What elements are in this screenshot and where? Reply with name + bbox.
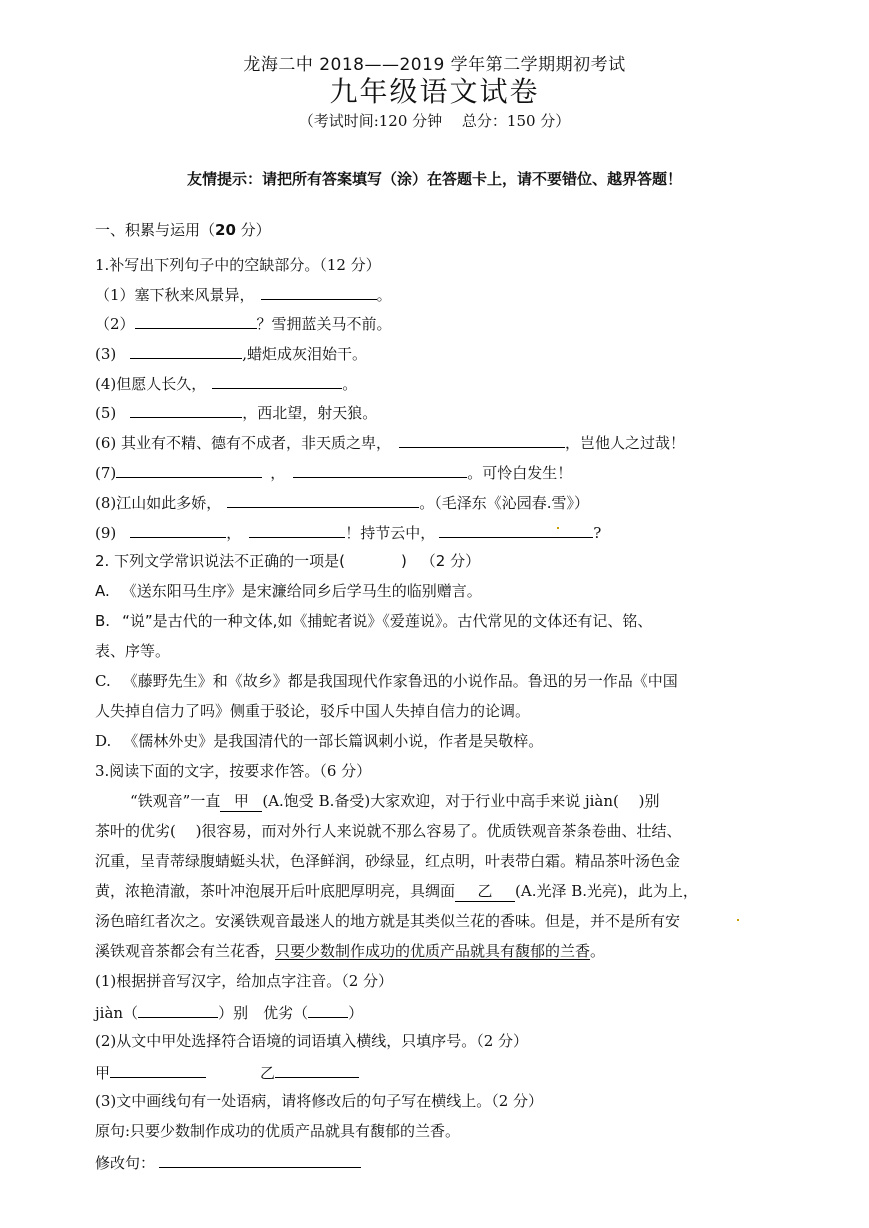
item-number: (7): [95, 464, 116, 482]
q3-sub2-answers: 甲乙: [95, 1061, 359, 1083]
item-number: （1）: [95, 286, 135, 304]
jia-label: 甲: [95, 1064, 110, 1082]
ink-speck: [557, 527, 559, 529]
q1-item-6: (6) 其业有不精、德有不成者，非天质之卑，，岂他人之过哉！: [95, 431, 685, 453]
q1-item-8: (8)江山如此多娇，。（毛泽东《沁园春.雪》）: [95, 491, 589, 513]
item-number: (5): [95, 404, 116, 422]
q3-sub1-stem: (1)根据拼音写汉字，给加点字注音。（2 分）: [95, 971, 393, 991]
revised-label: 修改句：: [95, 1154, 155, 1172]
item-text: ，: [270, 464, 285, 482]
exam-info: （考试时间:120 分钟 总分：150 分）: [0, 110, 869, 131]
sub1-text: ）别 优劣（: [218, 1004, 308, 1022]
item-text: 塞下秋来风景异，: [135, 286, 255, 304]
section-1-title: 一、积累与运用（20 分）: [95, 220, 271, 240]
passage-line-1: “铁观音”一直甲(A.饱受 B.备受)大家欢迎，对于行业中高手来说 jiàn( …: [130, 791, 660, 812]
q1-item-7: (7)，。可怜白发生！: [95, 461, 572, 483]
q3-sub3-original: 原句:只要少数制作成功的优质产品就具有馥郁的兰香。: [95, 1121, 460, 1141]
answer-blank[interactable]: [439, 521, 593, 538]
answer-blank-yi[interactable]: [275, 1061, 359, 1078]
item-text: ，岂他人之过哉！: [565, 434, 685, 452]
section-title-suffix: 分）: [236, 221, 271, 239]
passage-text: 溪铁观音茶都会有兰花香，: [95, 942, 275, 960]
passage-line-6: 溪铁观音茶都会有兰花香，只要少数制作成功的优质产品就具有馥郁的兰香。: [95, 941, 605, 961]
passage-line-5: 汤色暗红者次之。安溪铁观音最迷人的地方就是其类似兰花的香味。但是，并不是所有安: [95, 911, 680, 931]
item-text: 。可怜白发生！: [467, 464, 572, 482]
q2-option-c: C.《藤野先生》和《故乡》都是我国现代作家鲁迅的小说作品。鲁迅的另一作品《中国: [95, 671, 678, 691]
option-label: D.: [95, 732, 111, 750]
q2-score: （2 分）: [421, 552, 480, 570]
pinyin-label: jiàn（: [95, 1004, 138, 1022]
item-number: (4): [95, 375, 116, 393]
q1-item-1: （1）塞下秋来风景异，。: [95, 283, 392, 305]
answer-blank[interactable]: [293, 461, 467, 478]
item-text: ？雪拥蓝关马不前。: [257, 315, 392, 333]
answer-blank[interactable]: [249, 521, 345, 538]
answer-blank[interactable]: [399, 431, 565, 448]
answer-blank[interactable]: [130, 521, 226, 538]
option-label: C.: [95, 672, 111, 690]
option-text: 《送东阳马生序》是宋濂给同乡后学马生的临别赠言。: [122, 582, 482, 600]
item-text: 。: [342, 375, 357, 393]
yi-label: 乙: [260, 1064, 275, 1082]
q2-stem-close: ): [401, 552, 407, 570]
option-text: “说”是古代的一种文体,如《捕蛇者说》《爱莲说》。古代常见的文体还有记、铭、: [122, 612, 652, 630]
blank-jia[interactable]: 甲: [220, 791, 262, 812]
item-text: ！持节云中，: [345, 524, 435, 542]
passage-line-3: 沉重，呈青蒂绿腹蜻蜓头状，色泽鲜润，砂绿显，红点明，叶表带白霜。精品茶叶汤色金: [95, 851, 680, 871]
answer-blank-jian[interactable]: [138, 1001, 218, 1018]
q1-item-2: （2）？雪拥蓝关马不前。: [95, 312, 392, 334]
item-number: (8): [95, 494, 116, 512]
item-text: ，: [226, 524, 241, 542]
passage-line-2: 茶叶的优劣( )很容易，而对外行人来说就不那么容易了。优质铁观音茶条卷曲、壮结、: [95, 821, 681, 841]
answer-blank[interactable]: [261, 283, 377, 300]
passage-text: (A.光泽 B.光亮)，此为上，: [515, 882, 698, 900]
q1-item-4: (4)但愿人长久，。: [95, 372, 357, 394]
q3-sub3-stem: (3)文中画线句有一处语病，请将修改后的句子写在横线上。（2 分）: [95, 1091, 543, 1111]
option-label: A.: [95, 582, 110, 600]
q3-stem: 3.阅读下面的文字，按要求作答。（6 分）: [95, 761, 371, 781]
q3-sub3-revised: 修改句：: [95, 1151, 361, 1173]
answer-blank[interactable]: [130, 342, 242, 359]
item-text: ，西北望，射天狼。: [242, 404, 377, 422]
answer-blank-jia[interactable]: [110, 1061, 206, 1078]
q2-option-c-cont: 人失掉自信力了吗》侧重于驳论，驳斥中国人失掉自信力的论调。: [95, 701, 530, 721]
item-text: ,蜡炬成灰泪始干。: [242, 345, 367, 363]
answer-blank[interactable]: [116, 461, 262, 478]
q2-option-b-cont: 表、序等。: [95, 641, 170, 661]
q2-stem: 2. 下列文学常识说法不正确的一项是()（2 分）: [95, 551, 480, 571]
q2-stem-text: 2. 下列文学常识说法不正确的一项是(: [95, 552, 345, 570]
sub1-text: ）: [348, 1004, 363, 1022]
item-text: 江山如此多娇，: [116, 494, 221, 512]
item-text: 。: [377, 286, 392, 304]
q1-item-3: (3),蜡炬成灰泪始干。: [95, 342, 367, 364]
item-number: (3): [95, 345, 116, 363]
q1-item-9: (9)，！持节云中，?: [95, 521, 601, 543]
exam-title: 九年级语文试卷: [0, 70, 869, 110]
answer-blank-lie[interactable]: [308, 1001, 348, 1018]
item-number: (6): [95, 434, 116, 452]
answer-blank[interactable]: [135, 312, 257, 329]
item-text: 但愿人长久，: [116, 375, 206, 393]
passage-text: (A.饱受 B.备受)大家欢迎，对于行业中高手来说 jiàn( )别: [262, 792, 659, 810]
section-title-prefix: 一、积累与运用（: [95, 221, 215, 239]
q2-option-a: A.《送东阳马生序》是宋濂给同乡后学马生的临别赠言。: [95, 581, 482, 601]
item-number: (9): [95, 524, 116, 542]
q3-sub1-answers: jiàn（）别 优劣（）: [95, 1001, 363, 1023]
answer-blank-revised[interactable]: [159, 1151, 361, 1168]
answer-blank[interactable]: [212, 372, 342, 389]
passage-text: 黄，浓艳清澈，茶叶冲泡展开后叶底肥厚明亮，具绸面: [95, 882, 455, 900]
item-number: （2）: [95, 315, 135, 333]
q2-option-b: B.“说”是古代的一种文体,如《捕蛇者说》《爱莲说》。古代常见的文体还有记、铭、: [95, 611, 652, 631]
option-text: 《儒林外史》是我国清代的一部长篇讽刺小说，作者是吴敬梓。: [123, 732, 543, 750]
item-text: 。（毛泽东《沁园春.雪》）: [419, 494, 589, 512]
section-score: 20: [215, 221, 236, 239]
passage-text: 。: [590, 942, 605, 960]
q3-sub2-stem: (2)从文中甲处选择符合语境的词语填入横线，只填序号。（2 分）: [95, 1031, 528, 1051]
blank-yi[interactable]: 乙: [455, 881, 515, 902]
item-text: 其业有不精、德有不成者，非天质之卑，: [121, 434, 391, 452]
option-label: B.: [95, 612, 110, 630]
option-text: 《藤野先生》和《故乡》都是我国现代作家鲁迅的小说作品。鲁迅的另一作品《中国: [123, 672, 678, 690]
answer-blank[interactable]: [227, 491, 419, 508]
q1-stem: 1.补写出下列句子中的空缺部分。（12 分）: [95, 255, 381, 275]
passage-line-4: 黄，浓艳清澈，茶叶冲泡展开后叶底肥厚明亮，具绸面乙(A.光泽 B.光亮)，此为上…: [95, 881, 698, 902]
underlined-sentence: 只要少数制作成功的优质产品就具有馥郁的兰香: [275, 942, 590, 960]
answer-blank[interactable]: [130, 401, 242, 418]
q2-option-d: D.《儒林外史》是我国清代的一部长篇讽刺小说，作者是吴敬梓。: [95, 731, 543, 751]
exam-paper-page: 龙海二中 2018——2019 学年第二学期期初考试 九年级语文试卷 （考试时间…: [0, 0, 869, 1228]
exam-tip: 友情提示：请把所有答案填写（涂）在答题卡上，请不要错位、越界答题！: [0, 168, 869, 189]
ink-speck: [737, 919, 739, 921]
item-text: ?: [593, 524, 601, 542]
q1-item-5: (5)，西北望，射天狼。: [95, 401, 377, 423]
passage-text: “铁观音”一直: [130, 792, 220, 810]
